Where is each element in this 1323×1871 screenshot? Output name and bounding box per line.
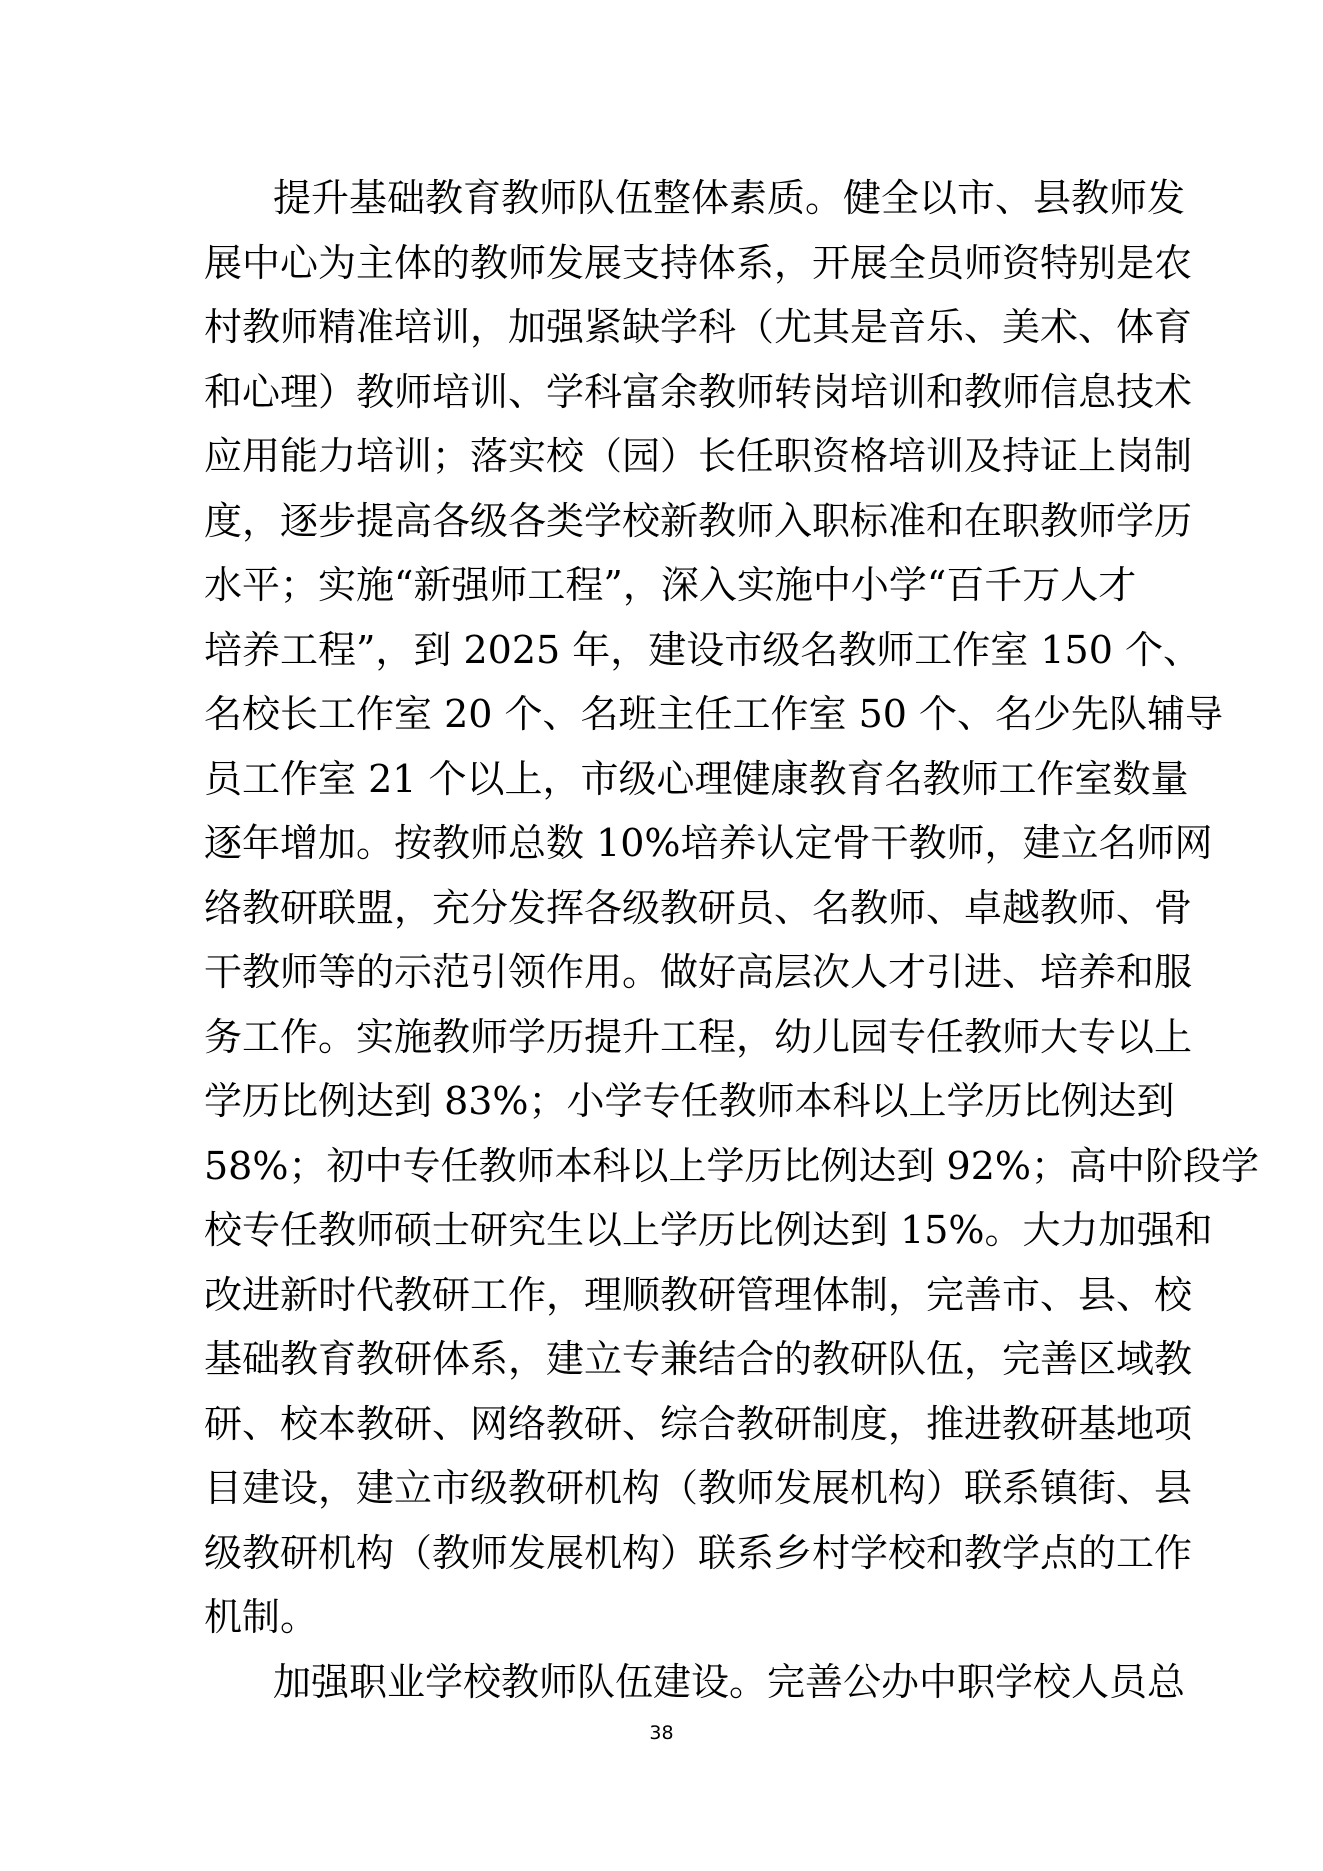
text-line: 展中心为主体的教师发展支持体系，开展全员师资特别是农: [204, 237, 1122, 302]
text-line: 学历比例达到 83%；小学专任教师本科以上学历比例达到: [204, 1075, 1122, 1140]
text-line: 和心理）教师培训、学科富余教师转岗培训和教师信息技术: [204, 366, 1122, 431]
text-line: 研、校本教研、网络教研、综合教研制度，推进教研基地项: [204, 1398, 1122, 1463]
text-line: 基础教育教研体系，建立专兼结合的教研队伍，完善区域教: [204, 1333, 1122, 1398]
paragraph-vocational-teachers: 加强职业学校教师队伍建设。完善公办中职学校人员总: [204, 1656, 1122, 1721]
text-line: 校专任教师硕士研究生以上学历比例达到 15%。大力加强和: [204, 1204, 1122, 1269]
document-body: 提升基础教育教师队伍整体素质。健全以市、县教师发 展中心为主体的教师发展支持体系…: [204, 172, 1122, 1720]
document-page: 提升基础教育教师队伍整体素质。健全以市、县教师发 展中心为主体的教师发展支持体系…: [0, 0, 1323, 1871]
text-line: 提升基础教育教师队伍整体素质。健全以市、县教师发: [204, 172, 1122, 237]
text-line: 度，逐步提高各级各类学校新教师入职标准和在职教师学历: [204, 495, 1122, 560]
text-line: 干教师等的示范引领作用。做好高层次人才引进、培养和服: [204, 946, 1122, 1011]
text-line: 逐年增加。按教师总数 10%培养认定骨干教师，建立名师网: [204, 817, 1122, 882]
text-line: 络教研联盟，充分发挥各级教研员、名教师、卓越教师、骨: [204, 882, 1122, 947]
text-line: 级教研机构（教师发展机构）联系乡村学校和教学点的工作: [204, 1527, 1122, 1592]
paragraph-teacher-quality: 提升基础教育教师队伍整体素质。健全以市、县教师发 展中心为主体的教师发展支持体系…: [204, 172, 1122, 1656]
text-line: 58%；初中专任教师本科以上学历比例达到 92%；高中阶段学: [204, 1140, 1122, 1205]
text-line: 村教师精准培训，加强紧缺学科（尤其是音乐、美术、体育: [204, 301, 1122, 366]
text-line: 加强职业学校教师队伍建设。完善公办中职学校人员总: [204, 1656, 1122, 1721]
text-line: 培养工程”，到 2025 年，建设市级名教师工作室 150 个、: [204, 624, 1122, 689]
text-line: 机制。: [204, 1591, 1122, 1656]
text-line: 员工作室 21 个以上，市级心理健康教育名教师工作室数量: [204, 753, 1122, 818]
text-line: 应用能力培训；落实校（园）长任职资格培训及持证上岗制: [204, 430, 1122, 495]
text-line: 务工作。实施教师学历提升工程，幼儿园专任教师大专以上: [204, 1011, 1122, 1076]
text-line: 改进新时代教研工作，理顺教研管理体制，完善市、县、校: [204, 1269, 1122, 1334]
text-line: 目建设，建立市级教研机构（教师发展机构）联系镇街、县: [204, 1462, 1122, 1527]
text-line: 水平；实施“新强师工程”，深入实施中小学“百千万人才: [204, 559, 1122, 624]
text-line: 名校长工作室 20 个、名班主任工作室 50 个、名少先队辅导: [204, 688, 1122, 753]
page-number: 38: [0, 1722, 1323, 1744]
